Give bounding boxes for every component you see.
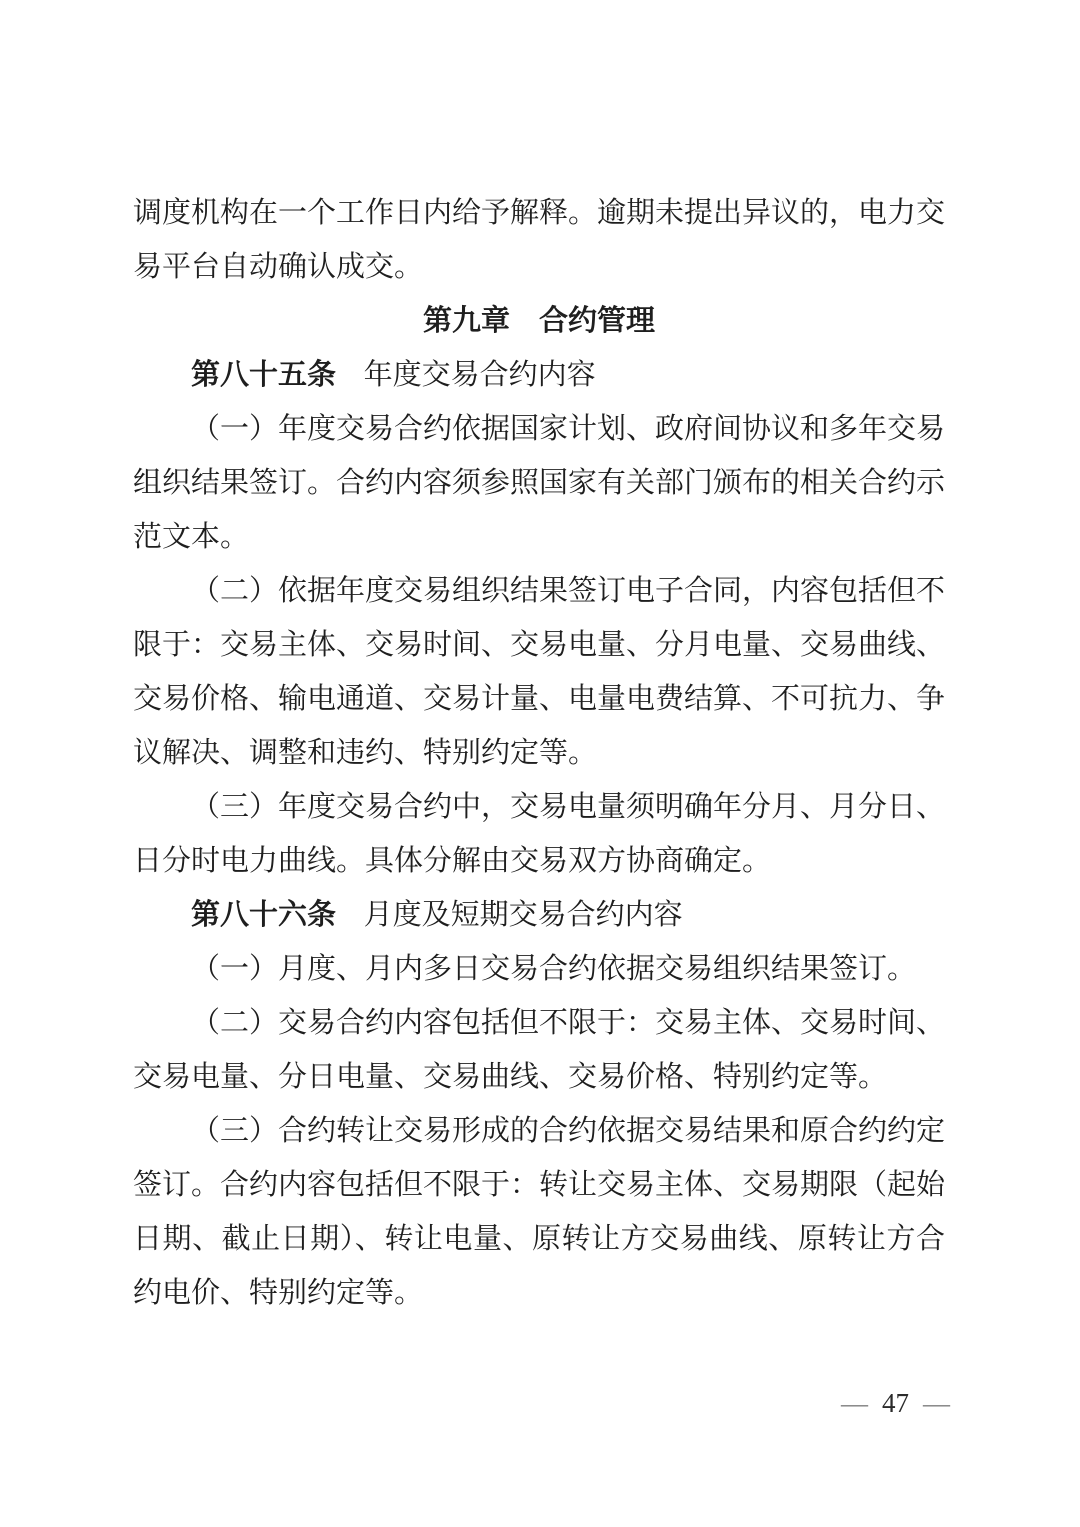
chapter-heading: 第九章 合约管理 [133,294,945,348]
article-85-paragraph-2: （二）依据年度交易组织结果签订电子合同，内容包括但不限于：交易主体、交易时间、交… [133,564,945,780]
article-86-number: 第八十六条 [191,899,336,931]
article-85-title: 年度交易合约内容 [364,359,596,391]
page-number-dash-right: — [923,1388,950,1418]
paragraph-continuation: 调度机构在一个工作日内给予解释。逾期未提出异议的，电力交易平台自动确认成交。 [133,186,945,294]
page-number-dash-left: — [841,1388,868,1418]
article-85-heading: 第八十五条年度交易合约内容 [133,348,945,402]
page-content: 调度机构在一个工作日内给予解释。逾期未提出异议的，电力交易平台自动确认成交。 第… [133,186,945,1320]
page-footer: —47— [841,1388,950,1418]
page-number: 47 [882,1388,909,1418]
article-85-paragraph-3: （三）年度交易合约中，交易电量须明确年分月、月分日、日分时电力曲线。具体分解由交… [133,780,945,888]
article-86-title: 月度及短期交易合约内容 [364,899,683,931]
article-85-paragraph-1: （一）年度交易合约依据国家计划、政府间协议和多年交易组织结果签订。合约内容须参照… [133,402,945,564]
document-page: 调度机构在一个工作日内给予解释。逾期未提出异议的，电力交易平台自动确认成交。 第… [0,0,1080,1527]
article-85-number: 第八十五条 [191,359,336,391]
article-86-heading: 第八十六条月度及短期交易合约内容 [133,888,945,942]
article-86-paragraph-2: （二）交易合约内容包括但不限于：交易主体、交易时间、交易电量、分日电量、交易曲线… [133,996,945,1104]
article-86-paragraph-1: （一）月度、月内多日交易合约依据交易组织结果签订。 [133,942,945,996]
article-86-paragraph-3: （三）合约转让交易形成的合约依据交易结果和原合约约定签订。合约内容包括但不限于：… [133,1104,945,1320]
